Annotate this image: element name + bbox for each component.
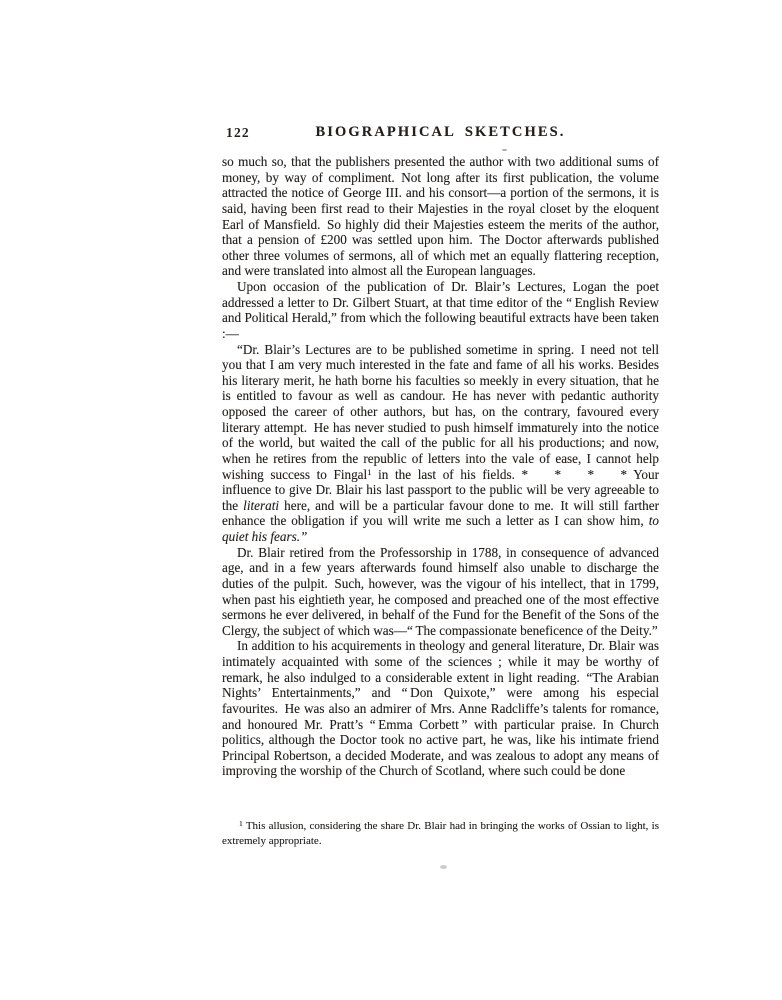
scanned-book-page: 122 BIOGRAPHICAL SKETCHES. so much so, t…	[0, 0, 782, 1000]
page-number: 122	[226, 125, 250, 141]
text-segment: Upon occasion of the publication of Dr. …	[222, 279, 659, 341]
text-segment: here, and will be a particular favour do…	[222, 498, 659, 529]
paragraph: In addition to his acquirements in theol…	[222, 638, 659, 779]
paragraph: “Dr. Blair’s Lectures are to be publishe…	[222, 342, 659, 545]
text-segment: This allusion, considering the share Dr.…	[222, 820, 659, 847]
paragraph: so much so, that the publishers presente…	[222, 154, 659, 279]
footnote: 1 This allusion, considering the share D…	[222, 819, 659, 849]
paragraph: Upon occasion of the publication of Dr. …	[222, 279, 659, 342]
body-text-column: so much so, that the publishers presente…	[222, 154, 659, 779]
scan-artifact-speck	[440, 865, 447, 869]
text-segment: In addition to his acquirements in theol…	[222, 638, 659, 778]
text-segment: so much so, that the publishers presente…	[222, 154, 659, 278]
running-header-title: BIOGRAPHICAL SKETCHES.	[222, 124, 659, 141]
running-head: 122 BIOGRAPHICAL SKETCHES.	[222, 124, 659, 142]
text-segment: literati	[243, 498, 279, 513]
text-segment: Dr. Blair retired from the Professorship…	[222, 545, 659, 638]
text-segment: “Dr. Blair’s Lectures are to be publishe…	[222, 342, 659, 482]
paragraph: Dr. Blair retired from the Professorship…	[222, 545, 659, 639]
scan-artifact-speck	[502, 149, 507, 151]
